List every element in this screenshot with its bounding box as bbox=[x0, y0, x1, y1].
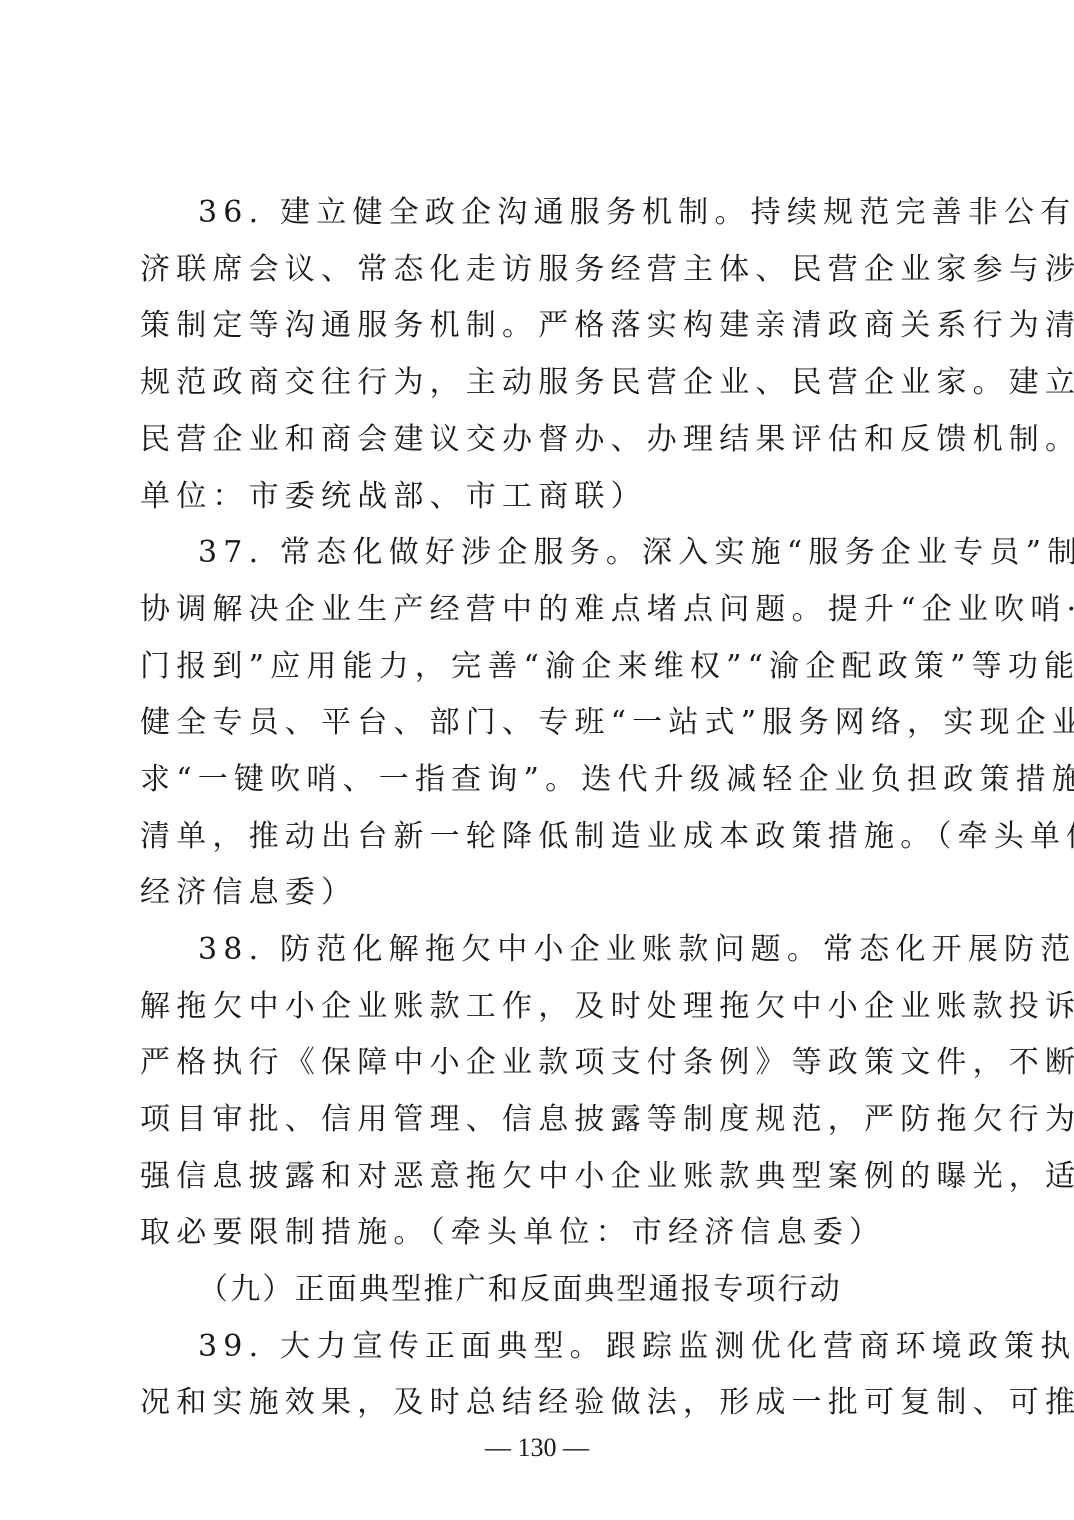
paragraph-37-line-6-text: 清单，推动出台新一轮降低制造业成本政策措施。 bbox=[140, 819, 936, 854]
paragraph-37-line-4: 健全专员、平台、部门、专班“一站式”服务网络，实现企业诉 bbox=[140, 703, 940, 743]
paragraph-38-line-6: 取必要限制措施。（牵头单位：市经济信息委） bbox=[140, 1213, 940, 1253]
paragraph-38-line-5: 强信息披露和对恶意拖欠中小企业账款典型案例的曝光，适时采 bbox=[140, 1157, 940, 1197]
paragraph-38-line-1: 38. 防范化解拖欠中小企业账款问题。常态化开展防范和化 bbox=[198, 930, 940, 970]
paragraph-37-line-5: 求“一键吹哨、一指查询”。迭代升级减轻企业负担政策措施目录 bbox=[140, 760, 940, 800]
paragraph-36-line-2: 济联席会议、常态化走访服务经营主体、民营企业家参与涉企政 bbox=[140, 250, 940, 290]
paragraph-36-line-5-text: 民营企业和商会建议交办督办、办理结果评估和反馈机制。 bbox=[140, 422, 1074, 457]
paragraph-37-line-3: 门报到”应用能力，完善“渝企来维权”“渝企配政策”等功能， bbox=[140, 647, 940, 687]
document-page: 36. 建立健全政企沟通服务机制。持续规范完善非公有制经 济联席会议、常态化走访… bbox=[0, 0, 1074, 1520]
paragraph-39-line-1: 39. 大力宣传正面典型。跟踪监测优化营商环境政策执行情 bbox=[198, 1327, 940, 1367]
paragraph-38-line-4: 项目审批、信用管理、信息披露等制度规范，严防拖欠行为。加 bbox=[140, 1100, 940, 1140]
paragraph-37-line-2: 协调解决企业生产经营中的难点堵点问题。提升“企业吹哨·部 bbox=[140, 590, 940, 630]
paragraph-38-line-3: 严格执行《保障中小企业款项支付条例》等政策文件，不断健全 bbox=[140, 1043, 940, 1083]
paragraph-39-line-2: 况和实施效果，及时总结经验做法，形成一批可复制、可推广的 bbox=[140, 1383, 940, 1423]
paragraph-36-line-6-lead-unit: 单位：市委统战部、市工商联） bbox=[140, 477, 940, 517]
paragraph-38-line-6-text: 取必要限制措施。 bbox=[140, 1215, 430, 1250]
page-number: — 130 — bbox=[0, 1430, 1074, 1466]
paragraph-36-line-1: 36. 建立健全政企沟通服务机制。持续规范完善非公有制经 bbox=[198, 193, 940, 233]
paragraph-37-line-1: 37. 常态化做好涉企服务。深入实施“服务企业专员”制度， bbox=[198, 533, 940, 573]
paragraph-37-line-6: 清单，推动出台新一轮降低制造业成本政策措施。（牵头单位：市 bbox=[140, 817, 940, 857]
lead-unit-38: （牵头单位：市经济信息委） bbox=[430, 1215, 886, 1250]
lead-unit-open-37: （牵头单位：市 bbox=[936, 819, 1074, 854]
paragraph-37-line-7-lead-unit: 经济信息委） bbox=[140, 873, 940, 913]
paragraph-38-line-2: 解拖欠中小企业账款工作，及时处理拖欠中小企业账款投诉问题。 bbox=[140, 987, 940, 1027]
paragraph-36-line-3: 策制定等沟通服务机制。严格落实构建亲清政商关系行为清单， bbox=[140, 306, 940, 346]
section-heading: （九）正面典型推广和反面典型通报专项行动 bbox=[198, 1270, 842, 1310]
paragraph-36-line-5: 民营企业和商会建议交办督办、办理结果评估和反馈机制。（牵头 bbox=[140, 420, 940, 460]
paragraph-36-line-4: 规范政商交往行为，主动服务民营企业、民营企业家。建立健全 bbox=[140, 363, 940, 403]
